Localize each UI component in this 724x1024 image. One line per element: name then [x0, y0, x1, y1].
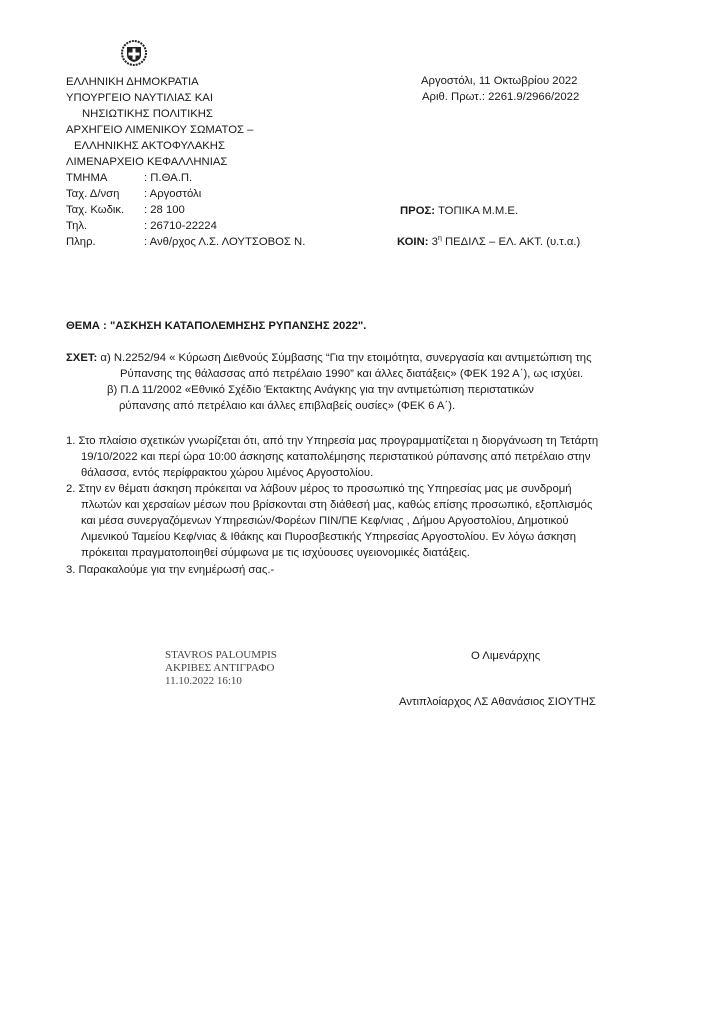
paragraph-2-line: 2. Στην εν θέματι άσκηση πρόκειται να λά…: [66, 483, 572, 495]
paragraph-2-line: πρόκειται πραγματοποιηθεί σύμφωνα με τις…: [81, 547, 470, 559]
detail-row: Τηλ.: 26710-22224: [66, 219, 217, 235]
detail-value: : Ανθ/ρχος Λ.Σ. ΛΟΥΤΣΟΒΟΣ Ν.: [144, 235, 305, 251]
subject: ΘΕΜΑ : "ΑΣΚΗΣΗ ΚΑΤΑΠΟΛΕΜΗΣΗΣ ΡΥΠΑΝΣΗΣ 20…: [66, 320, 366, 332]
detail-row: Πληρ.: Ανθ/ρχος Λ.Σ. ΛΟΥΤΣΟΒΟΣ Ν.: [66, 235, 305, 251]
reference-b-line: ρύπανσης από πετρέλαιο και άλλες επιβλαβ…: [119, 400, 455, 412]
reference-b-line: β) Π.Δ 11/2002 «Εθνικό Σχέδιο Έκτακτης Α…: [107, 384, 534, 396]
recipient-value: ΤΟΠΙΚΑ Μ.Μ.Ε.: [438, 205, 518, 217]
detail-key: Πληρ.: [66, 235, 144, 251]
cc-value: 3η ΠΕΔΙΛΣ – ΕΛ. ΑΚΤ. (υ.τ.α.): [432, 236, 581, 248]
stamp-certified: ΑΚΡΙΒΕΣ ΑΝΤΙΓΡΑΦΟ: [165, 662, 277, 675]
paragraph-2-line: και μέσα συνεργαζόμενων Υπηρεσιών/Φορέων…: [81, 515, 569, 527]
greek-coat-of-arms-icon: [121, 40, 147, 66]
org-line: ΕΛΛΗΝΙΚΗ ΔΗΜΟΚΡΑΤΙΑ: [66, 75, 199, 91]
cc-rest: ΠΕΔΙΛΣ – ΕΛ. ΑΚΤ. (υ.τ.α.): [442, 236, 580, 248]
paragraph-2-line: πλωτών και χερσαίων μέσων που βρίσκονται…: [81, 499, 592, 511]
cc-label: ΚΟΙΝ:: [397, 236, 429, 248]
paragraph-3: 3. Παρακαλούμε για την ενημέρωσή σας.-: [66, 564, 274, 576]
subject-label: ΘΕΜΑ :: [66, 320, 110, 332]
detail-row: Ταχ. Κωδικ.: 28 100: [66, 203, 185, 219]
stamp-name: STAVROS PALOUMPIS: [165, 649, 277, 662]
recipient-label: ΠΡΟΣ:: [400, 205, 435, 217]
detail-key: ΤΜΗΜΑ: [66, 171, 144, 187]
org-line: ΑΡΧΗΓΕΙΟ ΛΙΜΕΝΙΚΟΥ ΣΩΜΑΤΟΣ –: [66, 123, 253, 139]
detail-key: Ταχ. Κωδικ.: [66, 203, 144, 219]
recipient: ΠΡΟΣ: ΤΟΠΙΚΑ Μ.Μ.Ε.: [400, 205, 518, 217]
place-date: Αργοστόλι, 11 Οκτωβρίου 2022: [421, 75, 577, 87]
reference-a-line: Ρύπανσης της θάλασσας από πετρέλαιο 1990…: [120, 368, 583, 380]
reference-text: α) Ν.2252/94 « Κύρωση Διεθνούς Σύμβασης …: [97, 352, 591, 364]
detail-value: : 26710-22224: [144, 219, 217, 235]
detail-row: ΤΜΗΜΑ: Π.ΘΑ.Π.: [66, 171, 192, 187]
detail-value: : 28 100: [144, 203, 185, 219]
detail-value: : Αργοστόλι: [144, 187, 201, 203]
org-line: ΛΙΜΕΝΑΡΧΕΙΟ ΚΕΦΑΛΛΗΝΙΑΣ: [66, 155, 227, 171]
paragraph-1-line: 19/10/2022 και περί ώρα 10:00 άσκησης κα…: [81, 451, 590, 463]
detail-value: : Π.ΘΑ.Π.: [144, 171, 192, 187]
signatory-role: Ο Λιμενάρχης: [471, 650, 540, 662]
signatory-name: Αντιπλοίαρχος ΛΣ Αθανάσιος ΣΙΟΥΤΗΣ: [399, 696, 596, 708]
detail-key: Τηλ.: [66, 219, 144, 235]
reference-a-line: ΣΧΕΤ: α) Ν.2252/94 « Κύρωση Διεθνούς Σύμ…: [66, 352, 592, 364]
stamp-datetime: 11.10.2022 16:10: [165, 675, 277, 688]
org-line: ΝΗΣΙΩΤΙΚΗΣ ΠΟΛΙΤΙΚΗΣ: [82, 107, 213, 123]
protocol-number: Αριθ. Πρωτ.: 2261.9/2966/2022: [422, 91, 579, 103]
org-line: ΥΠΟΥΡΓΕΙΟ ΝΑΥΤΙΛΙΑΣ ΚΑΙ: [66, 91, 213, 107]
detail-row: Ταχ. Δ/νση: Αργοστόλι: [66, 187, 201, 203]
detail-key: Ταχ. Δ/νση: [66, 187, 144, 203]
org-line: ΕΛΛΗΝΙΚΗΣ ΑΚΤΟΦΥΛΑΚΗΣ: [74, 139, 225, 155]
paragraph-1-line: θάλασσα, εντός περίφρακτου χώρου λιμένος…: [81, 467, 373, 479]
paragraph-2-line: Λιμενικού Ταμείου Κεφ/νιας & Ιθάκης και …: [81, 531, 576, 543]
paragraph-1-line: 1. Στο πλαίσιο σχετικών γνωρίζεται ότι, …: [66, 435, 598, 447]
cc: ΚΟΙΝ: 3η ΠΕΔΙΛΣ – ΕΛ. ΑΚΤ. (υ.τ.α.): [397, 235, 580, 248]
references-label: ΣΧΕΤ:: [66, 352, 97, 364]
digital-signature-stamp: STAVROS PALOUMPIS ΑΚΡΙΒΕΣ ΑΝΤΙΓΡΑΦΟ 11.1…: [165, 649, 277, 688]
subject-text: "ΑΣΚΗΣΗ ΚΑΤΑΠΟΛΕΜΗΣΗΣ ΡΥΠΑΝΣΗΣ 2022".: [110, 320, 366, 332]
